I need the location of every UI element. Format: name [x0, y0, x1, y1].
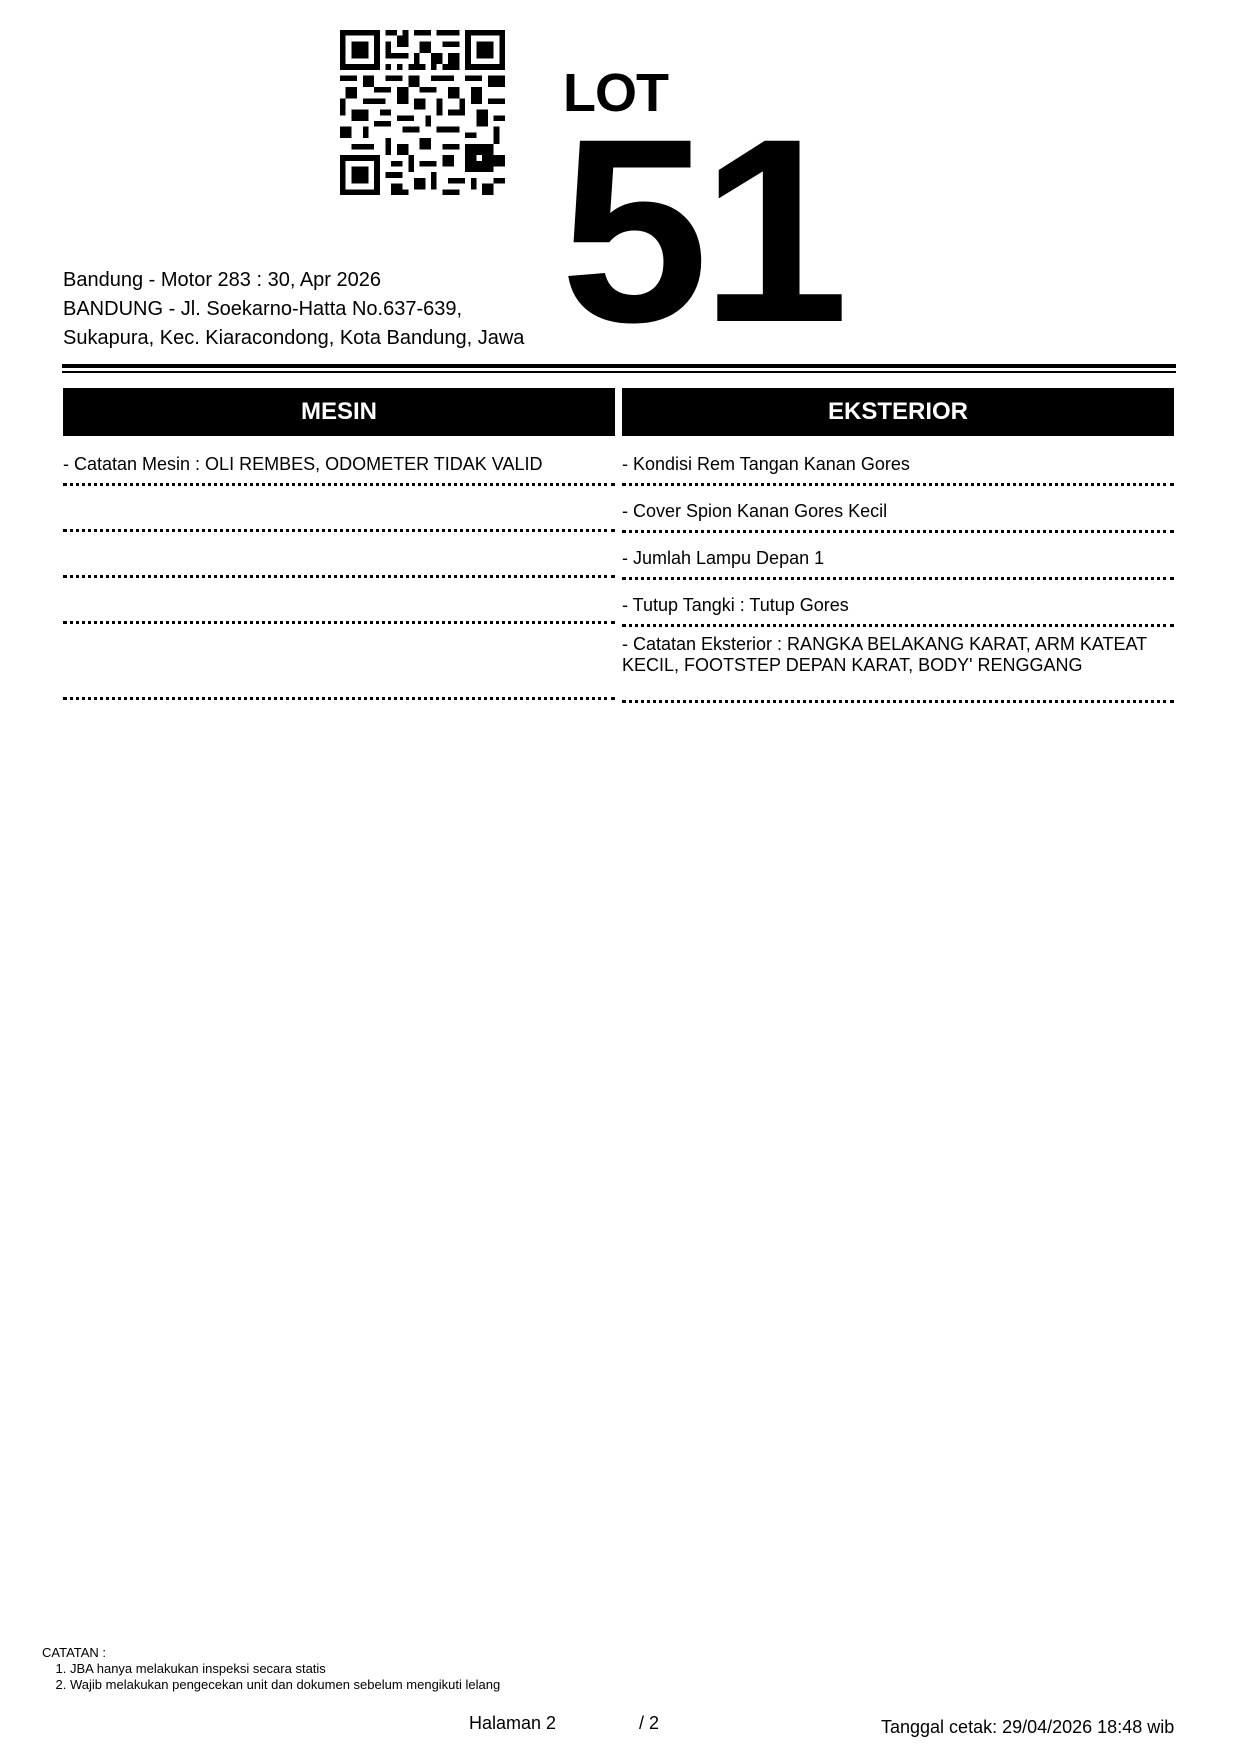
section-eksterior: EKSTERIOR - Kondisi Rem Tangan Kanan Gor…: [622, 388, 1174, 706]
list-item: - Cover Spion Kanan Gores Kecil: [622, 489, 1174, 533]
address-line-1: BANDUNG - Jl. Soekarno-Hatta No.637-639,: [63, 295, 524, 324]
section-header-mesin: MESIN: [63, 388, 615, 436]
list-item: - Jumlah Lampu Depan 1: [622, 536, 1174, 580]
list-item: [63, 535, 615, 578]
list-item: [63, 581, 615, 624]
lot-number: 51: [560, 100, 841, 362]
note-item: JBA hanya melakukan inspeksi secara stat…: [70, 1661, 500, 1677]
note-item: Wajib melakukan pengecekan unit dan doku…: [70, 1677, 500, 1693]
list-item: - Tutup Tangki : Tutup Gores: [622, 583, 1174, 627]
list-item: [63, 627, 615, 700]
section-header-eksterior: EKSTERIOR: [622, 388, 1174, 436]
list-item: - Catatan Eksterior : RANGKA BELAKANG KA…: [622, 630, 1174, 703]
auction-address: Bandung - Motor 283 : 30, Apr 2026 BANDU…: [63, 266, 524, 353]
list-item: - Kondisi Rem Tangan Kanan Gores: [622, 442, 1174, 486]
notes-title: CATATAN :: [42, 1645, 500, 1661]
section-mesin: MESIN - Catatan Mesin : OLI REMBES, ODOM…: [63, 388, 615, 703]
page-total: / 2: [639, 1713, 659, 1734]
list-item: - Catatan Mesin : OLI REMBES, ODOMETER T…: [63, 442, 615, 486]
header-divider-thin: [62, 371, 1176, 373]
qr-code-icon: [340, 30, 505, 195]
address-line-2: Sukapura, Kec. Kiaracondong, Kota Bandun…: [63, 324, 524, 353]
notes-section: CATATAN : JBA hanya melakukan inspeksi s…: [42, 1645, 500, 1693]
page-number: Halaman 2: [469, 1713, 556, 1734]
auction-event-line: Bandung - Motor 283 : 30, Apr 2026: [63, 266, 524, 295]
print-date: Tanggal cetak: 29/04/2026 18:48 wib: [881, 1717, 1174, 1738]
header-divider-thick: [62, 364, 1176, 368]
list-item: [63, 489, 615, 532]
